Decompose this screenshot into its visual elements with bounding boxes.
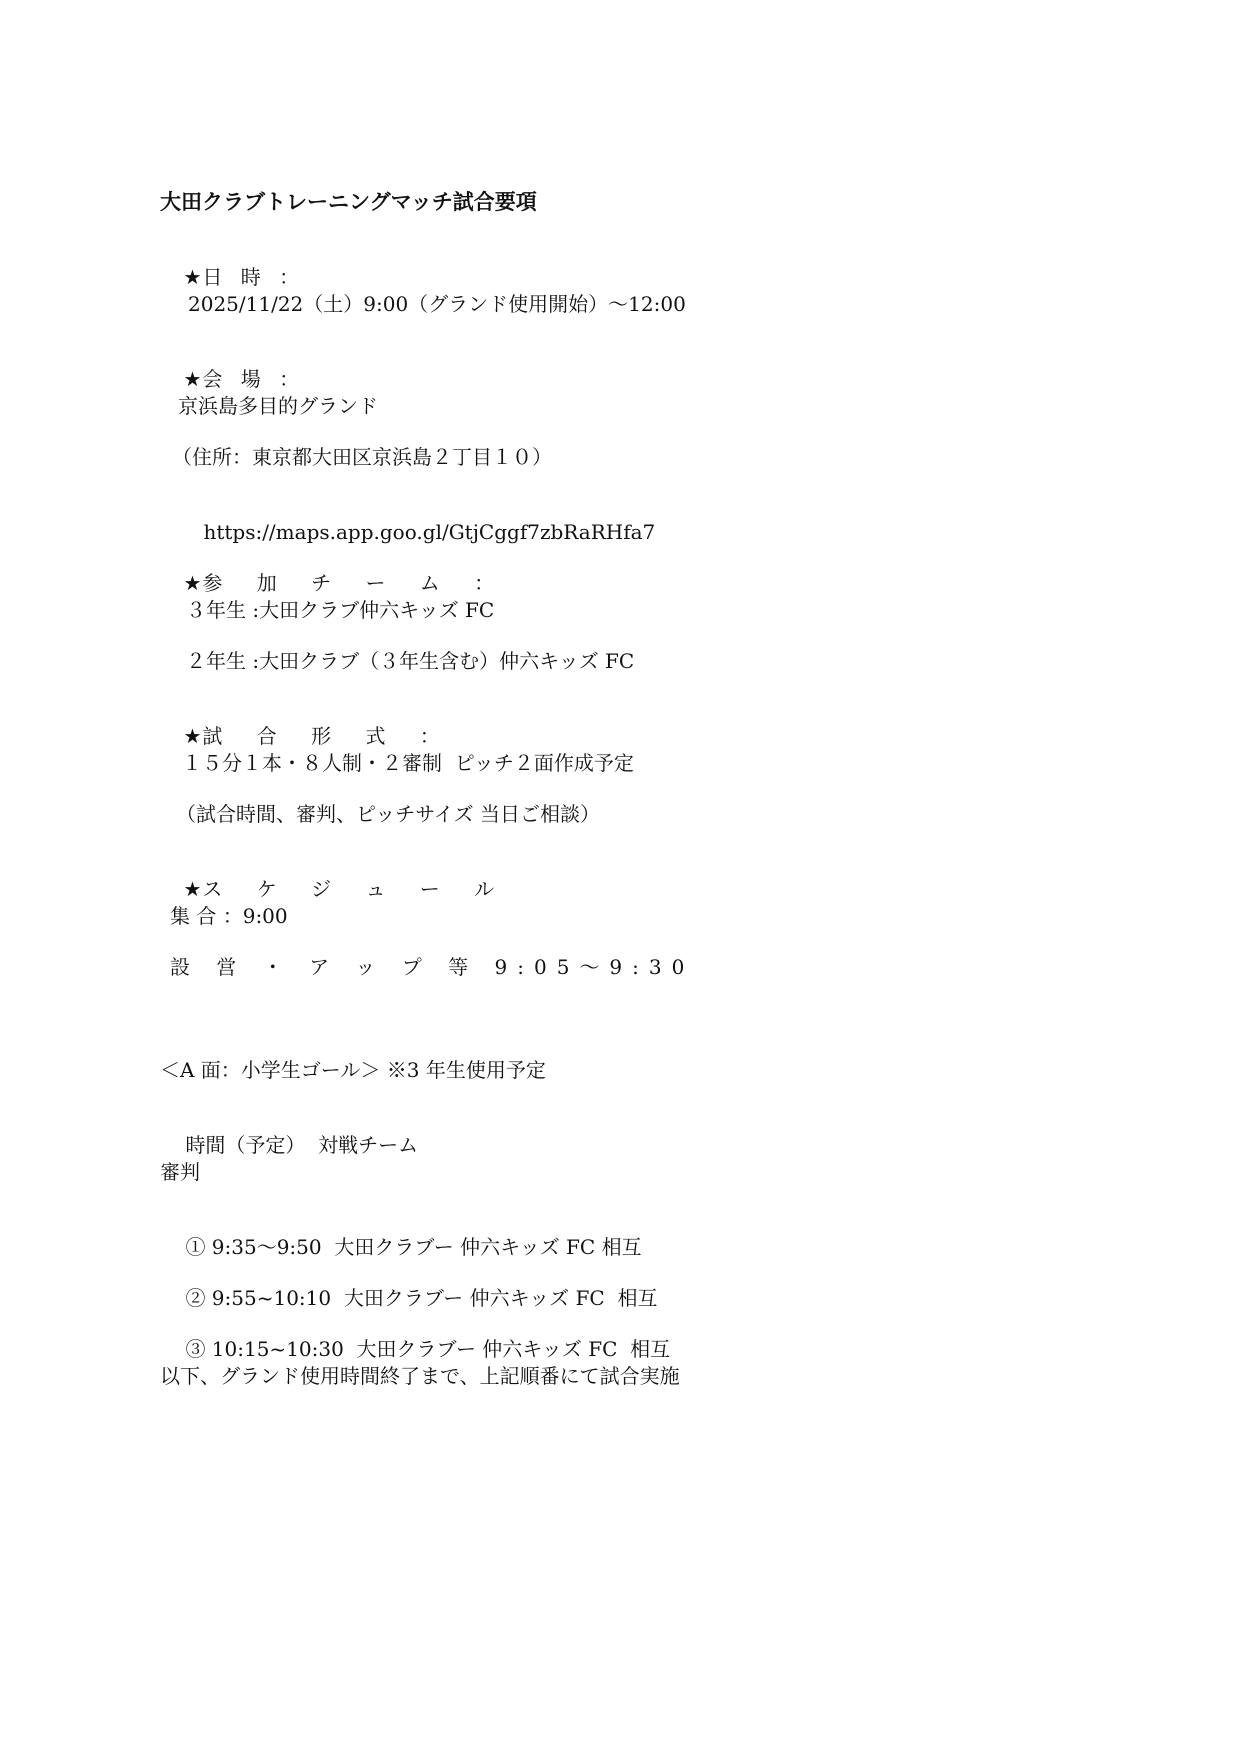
match-teams: 大田クラブー 仲六キッズ FC <box>334 1235 595 1259</box>
match-referee: 相互 <box>602 1235 642 1259</box>
star-icon: ★ <box>183 877 201 901</box>
match-referee: 相互 <box>630 1337 670 1361</box>
document-page: 大田クラブトレーニングマッチ試合要項 ★日 時 ： 2025/11/22（土）9… <box>0 0 1240 1754</box>
teams-grade3: ３年生 :大田クラブ仲六キッズ FC <box>186 598 494 622</box>
court-a-footer-note: 以下、グランド使用時間終了まで、上記順番にて試合実施 <box>160 1364 680 1388</box>
court-a-heading: ＜A 面：小学生ゴール＞ ※3 年生使用予定 <box>160 1058 546 1082</box>
format-note: （試合時間、審判、ピッチサイズ 当日ご相談） <box>176 802 600 826</box>
teams-grade2: ２年生 :大田クラブ（３年生含む）仲六キッズ FC <box>186 649 634 673</box>
document-title: 大田クラブトレーニングマッチ試合要項 <box>160 190 537 214</box>
match-teams: 大田クラブー 仲六キッズ FC <box>357 1337 618 1361</box>
schedule-gathering: 集 合 ：9:00 <box>170 904 288 928</box>
column-header-referee: 審判 <box>160 1160 200 1184</box>
schedule-setup: 設 営 ・ ア ッ プ 等 9:05～9:30 <box>170 955 694 979</box>
match-referee: 相互 <box>617 1286 657 1310</box>
match-number: ① <box>185 1235 205 1259</box>
star-icon: ★ <box>183 265 201 289</box>
heading-label: 参 加 チ ー ム ： <box>202 571 508 595</box>
star-icon: ★ <box>183 724 201 748</box>
map-link[interactable]: https://maps.app.goo.gl/GtjCggf7zbRaRHfa… <box>203 520 655 544</box>
venue-address: （住所：東京都大田区京浜島２丁目１０） <box>172 445 552 469</box>
heading-label: ス ケ ジ ュ ー ル <box>202 877 508 901</box>
column-header-teams: 対戦チーム <box>318 1133 418 1157</box>
match-number: ③ <box>185 1337 205 1361</box>
match-time: 9:55~10:10 <box>212 1286 331 1310</box>
venue-name: 京浜島多目的グランド <box>178 394 378 418</box>
datetime-value: 2025/11/22（土）9:00（グランド使用開始）～12:00 <box>188 292 686 316</box>
match-time: 10:15~10:30 <box>212 1337 344 1361</box>
heading-label: 会 場 ： <box>202 367 305 391</box>
heading-label: 日 時 ： <box>202 265 305 289</box>
format-rules: １５分１本・８人制・２審制 ピッチ２面作成予定 <box>182 751 634 775</box>
star-icon: ★ <box>183 367 201 391</box>
match-time: 9:35～9:50 <box>212 1235 322 1259</box>
match-number: ② <box>185 1286 205 1310</box>
match-teams: 大田クラブー 仲六キッズ FC <box>344 1286 605 1310</box>
column-header-time: 時間（予定） <box>185 1133 305 1157</box>
heading-label: 試 合 形 式 ： <box>202 724 453 748</box>
star-icon: ★ <box>183 571 201 595</box>
